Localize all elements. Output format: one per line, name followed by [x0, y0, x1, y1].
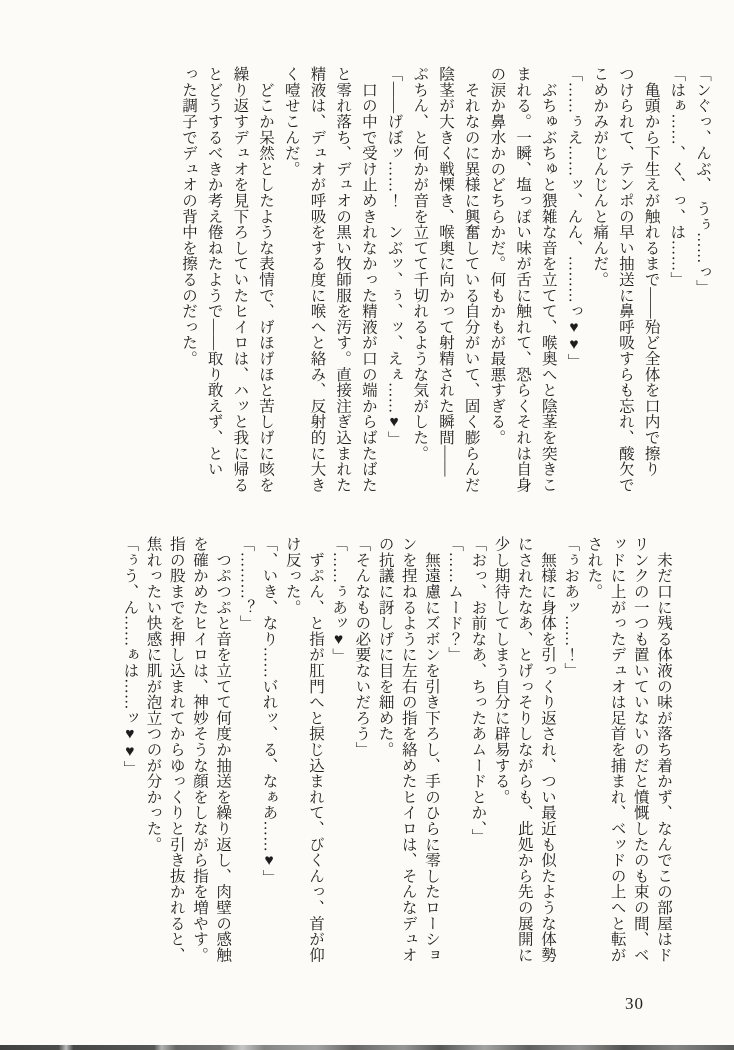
text-line: 「そんなもの必要ないだろう」 [350, 536, 373, 964]
text-line: 精液は、デュオが呼吸をする度に喉へと絡み、反射的に大き [304, 66, 330, 476]
text-line: とどうするべきか考え倦ねたようで――取り敢えず、とい [201, 66, 227, 476]
text-line: 無様に身体を引っくり返され、つい最近も似たような体勢 [536, 536, 559, 964]
text-line: 亀頭から下生えが触れるまで――殆ど全体を口内で擦り [638, 66, 664, 476]
text-line: 指の股までを押し込まれてからゆっくりと引き抜かれると、 [165, 536, 188, 964]
text-line: こめかみがじんじんと痛んだ。 [586, 66, 612, 476]
text-line: 口の中で受け止めきれなかった精液が口の端からばたばた [355, 66, 381, 476]
text-line: 「……ぅあッ♥」 [327, 536, 350, 964]
text-line: 「………？」 [234, 536, 257, 964]
text-line: の涙か鼻水かのどちらかだ。何もかもが最悪すぎる。 [484, 66, 510, 476]
text-line: 「おっ、お前なあ、ちったあムードとか、」 [466, 536, 489, 964]
text-line: つけられて、テンポの早い抽送に鼻呼吸すらも忘れ、酸欠で [612, 66, 638, 476]
text-line: 未だ口に残る体液の味が落ち着かず、なんでこの部屋はド [652, 536, 675, 964]
scan-edge-artifact [0, 1045, 734, 1050]
text-line: 「、いき、なり……い゙れッ、る、なぁあ……♥」 [257, 536, 280, 964]
text-line: 焦れったい快感に肌が泡立つのが分かった。 [141, 536, 164, 964]
text-line: 「ぅう、ん……ぁは……ッ♥♥」 [118, 536, 141, 964]
text-line: どこか呆然としたような表情で、げほげほと苦しげに咳を [252, 66, 278, 476]
text-line: く噎せこんだ。 [278, 66, 304, 476]
text-line: 陰茎が大きく戦慄き、喉奥に向かって射精された瞬間―― [432, 66, 458, 476]
text-line: 「……ぅえ……ッ、んん、………っ♥♥」 [561, 66, 587, 476]
text-line: 無遠慮にズボンを引き下ろし、手のひらに零したローショ [420, 536, 443, 964]
text-line: にされたなあ、とげっそりしながらも、此処から先の展開に [513, 536, 536, 964]
text-line: の抗議に訝しげに目を細めた。 [373, 536, 396, 964]
text-line: 「ぅおあッ……！」 [559, 536, 582, 964]
bottom-text-block: 未だ口に残る体液の味が落ち着かず、なんでこの部屋はドリンクの一つも置いていないの… [118, 536, 675, 964]
text-line: まれる。一瞬、塩っぽい味が舌に触れて、恐らくそれは自身 [509, 66, 535, 476]
text-line: 「――げぼッ……！ ンぶッ、ぅ、ッ、えぇ……♥」 [381, 66, 407, 476]
text-line: された。 [582, 536, 605, 964]
text-line: リンクの一つも置いていないのだと憤慨したのも束の間、ベ [629, 536, 652, 964]
text-line: 「はぁ……、く、っ、は……」 [664, 66, 690, 476]
text-line: と零れ落ち、デュオの黒い牧師服を汚す。直接注ぎ込まれた [329, 66, 355, 476]
text-line: ずぷん、と指が肛門へと捩じ込まれて、びくんっ、首が仰 [304, 536, 327, 964]
text-line: 繰り返すデュオを見下ろしていたヒイロは、ハッと我に帰る [227, 66, 253, 476]
text-line: 「ンぐっ、んぶ、 うぅ……っ」 [689, 66, 715, 476]
top-text-block: 「ンぐっ、んぶ、 うぅ……っ」「はぁ……、く、っ、は……」 亀頭から下生えが触れ… [175, 66, 715, 476]
text-line: つぷつぷと音を立てて何度か抽送を繰り返し、肉壁の感触 [211, 536, 234, 964]
text-line: 少し期待してしまう自分に辟易する。 [489, 536, 512, 964]
text-line: それなのに異様に興奮している自分がいて、固く膨らんだ [458, 66, 484, 476]
text-line: ンを捏ねるように左右の指を絡めたヒイロは、そんなデュオ [397, 536, 420, 964]
text-line: った調子でデュオの背中を擦るのだった。 [175, 66, 201, 476]
page-number: 30 [625, 994, 644, 1014]
text-line: 「……ムード？」 [443, 536, 466, 964]
text-line: ぷちん、と何かが音を立てて千切れるような気がした。 [407, 66, 433, 476]
text-line: ッドに上がったデュオは足首を捕まれ、ベッドの上へと転が [605, 536, 628, 964]
book-page: 「ンぐっ、んぶ、 うぅ……っ」「はぁ……、く、っ、は……」 亀頭から下生えが触れ… [0, 0, 734, 1050]
text-line: を確かめたヒイロは、神妙そうな顔をしながら指を増やす。 [188, 536, 211, 964]
text-line: け反った。 [281, 536, 304, 964]
text-line: ぶちゅぶちゅと猥雑な音を立てて、喉奥へと陰茎を突きこ [535, 66, 561, 476]
